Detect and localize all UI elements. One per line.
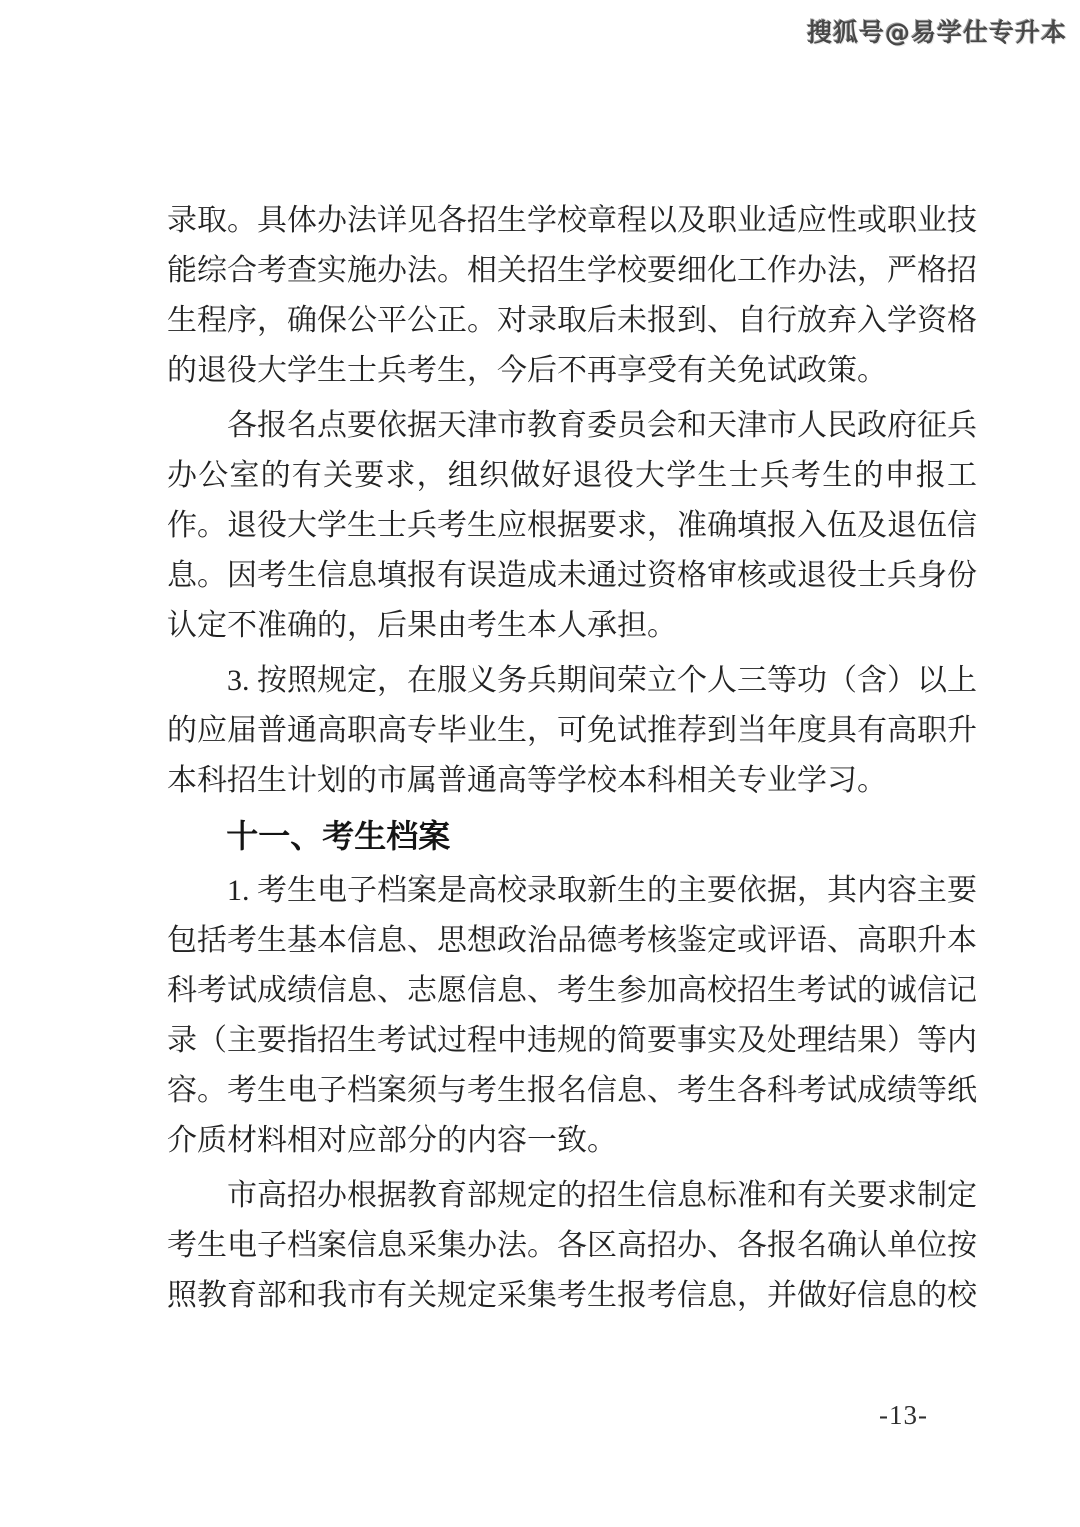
paragraph-registration-points: 各报名点要依据天津市教育委员会和天津市人民政府征兵办公室的有关要求，组织做好退役… <box>167 401 977 651</box>
page-number: -13- <box>879 1400 928 1431</box>
document-body: 录取。具体办法详见各招生学校章程以及职业适应性或职业技能综合考查实施办法。相关招… <box>167 196 977 1326</box>
paragraph-item-1-electronic-files: 1. 考生电子档案是高校录取新生的主要依据，其内容主要包括考生基本信息、思想政治… <box>167 866 977 1166</box>
paragraph-info-collection: 市高招办根据教育部规定的招生信息标准和有关要求制定考生电子档案信息采集办法。各区… <box>167 1171 977 1321</box>
section-heading-candidate-files: 十一、考生档案 <box>167 811 977 861</box>
watermark-sohu-account: 搜狐号@易学仕专升本 <box>807 13 1067 49</box>
paragraph-admission-methods: 录取。具体办法详见各招生学校章程以及职业适应性或职业技能综合考查实施办法。相关招… <box>167 196 977 396</box>
paragraph-item-3-merit-exemption: 3. 按照规定，在服义务兵期间荣立个人三等功（含）以上的应届普通高职高专毕业生，… <box>167 656 977 806</box>
document-page: 搜狐号@易学仕专升本 录取。具体办法详见各招生学校章程以及职业适应性或职业技能综… <box>0 0 1080 1527</box>
